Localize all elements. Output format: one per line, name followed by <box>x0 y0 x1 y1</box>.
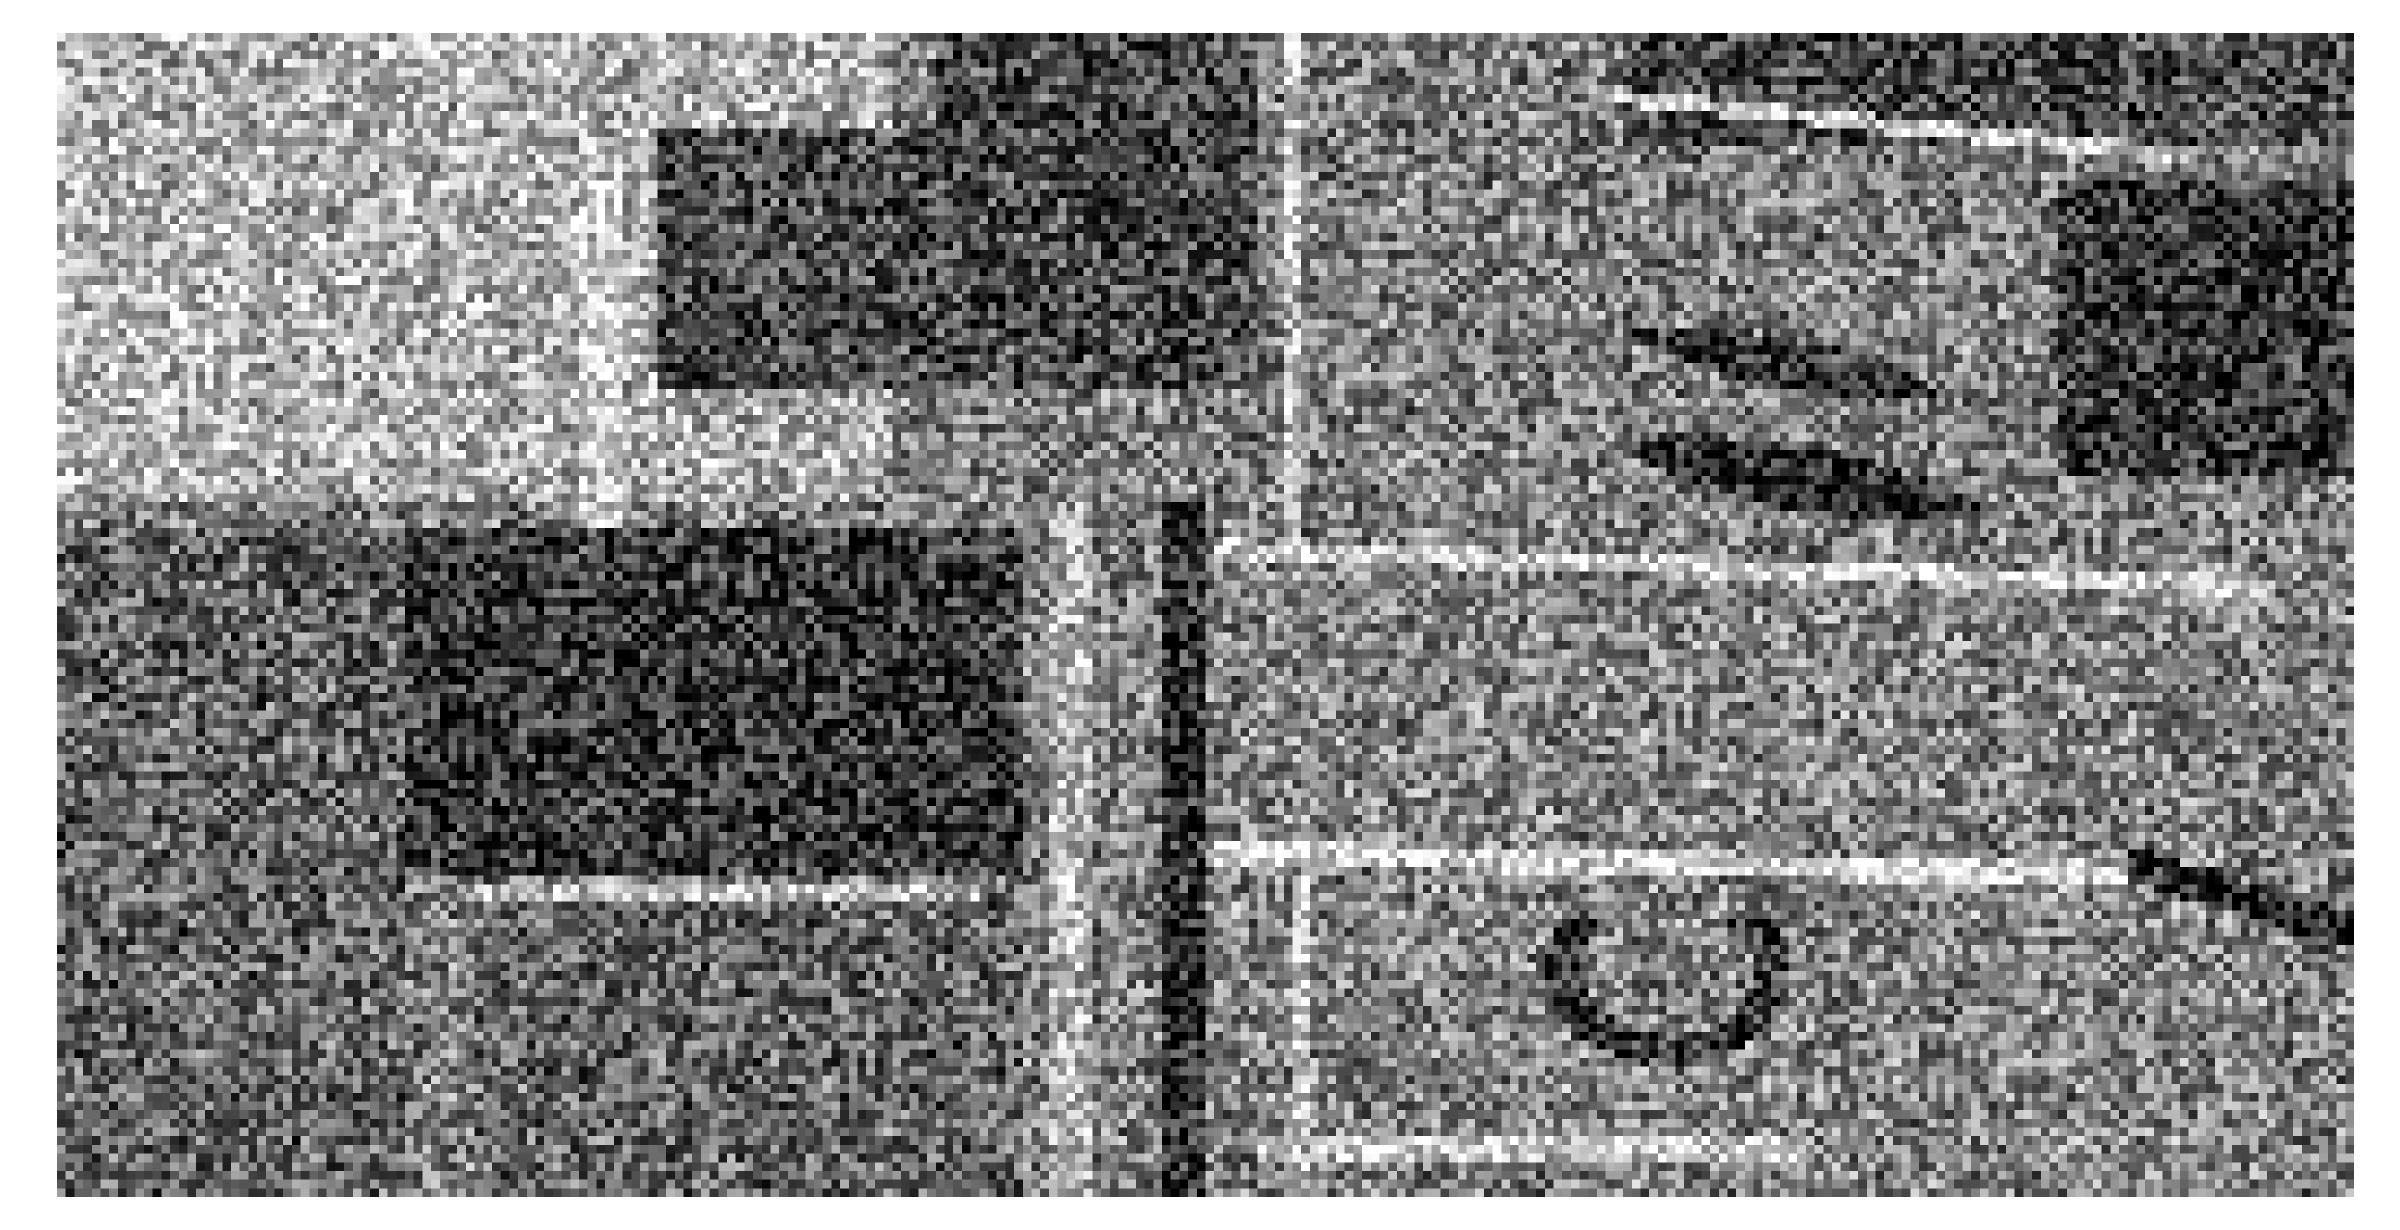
radar-image-canvas <box>57 33 2354 1197</box>
radar-image <box>57 33 2354 1197</box>
